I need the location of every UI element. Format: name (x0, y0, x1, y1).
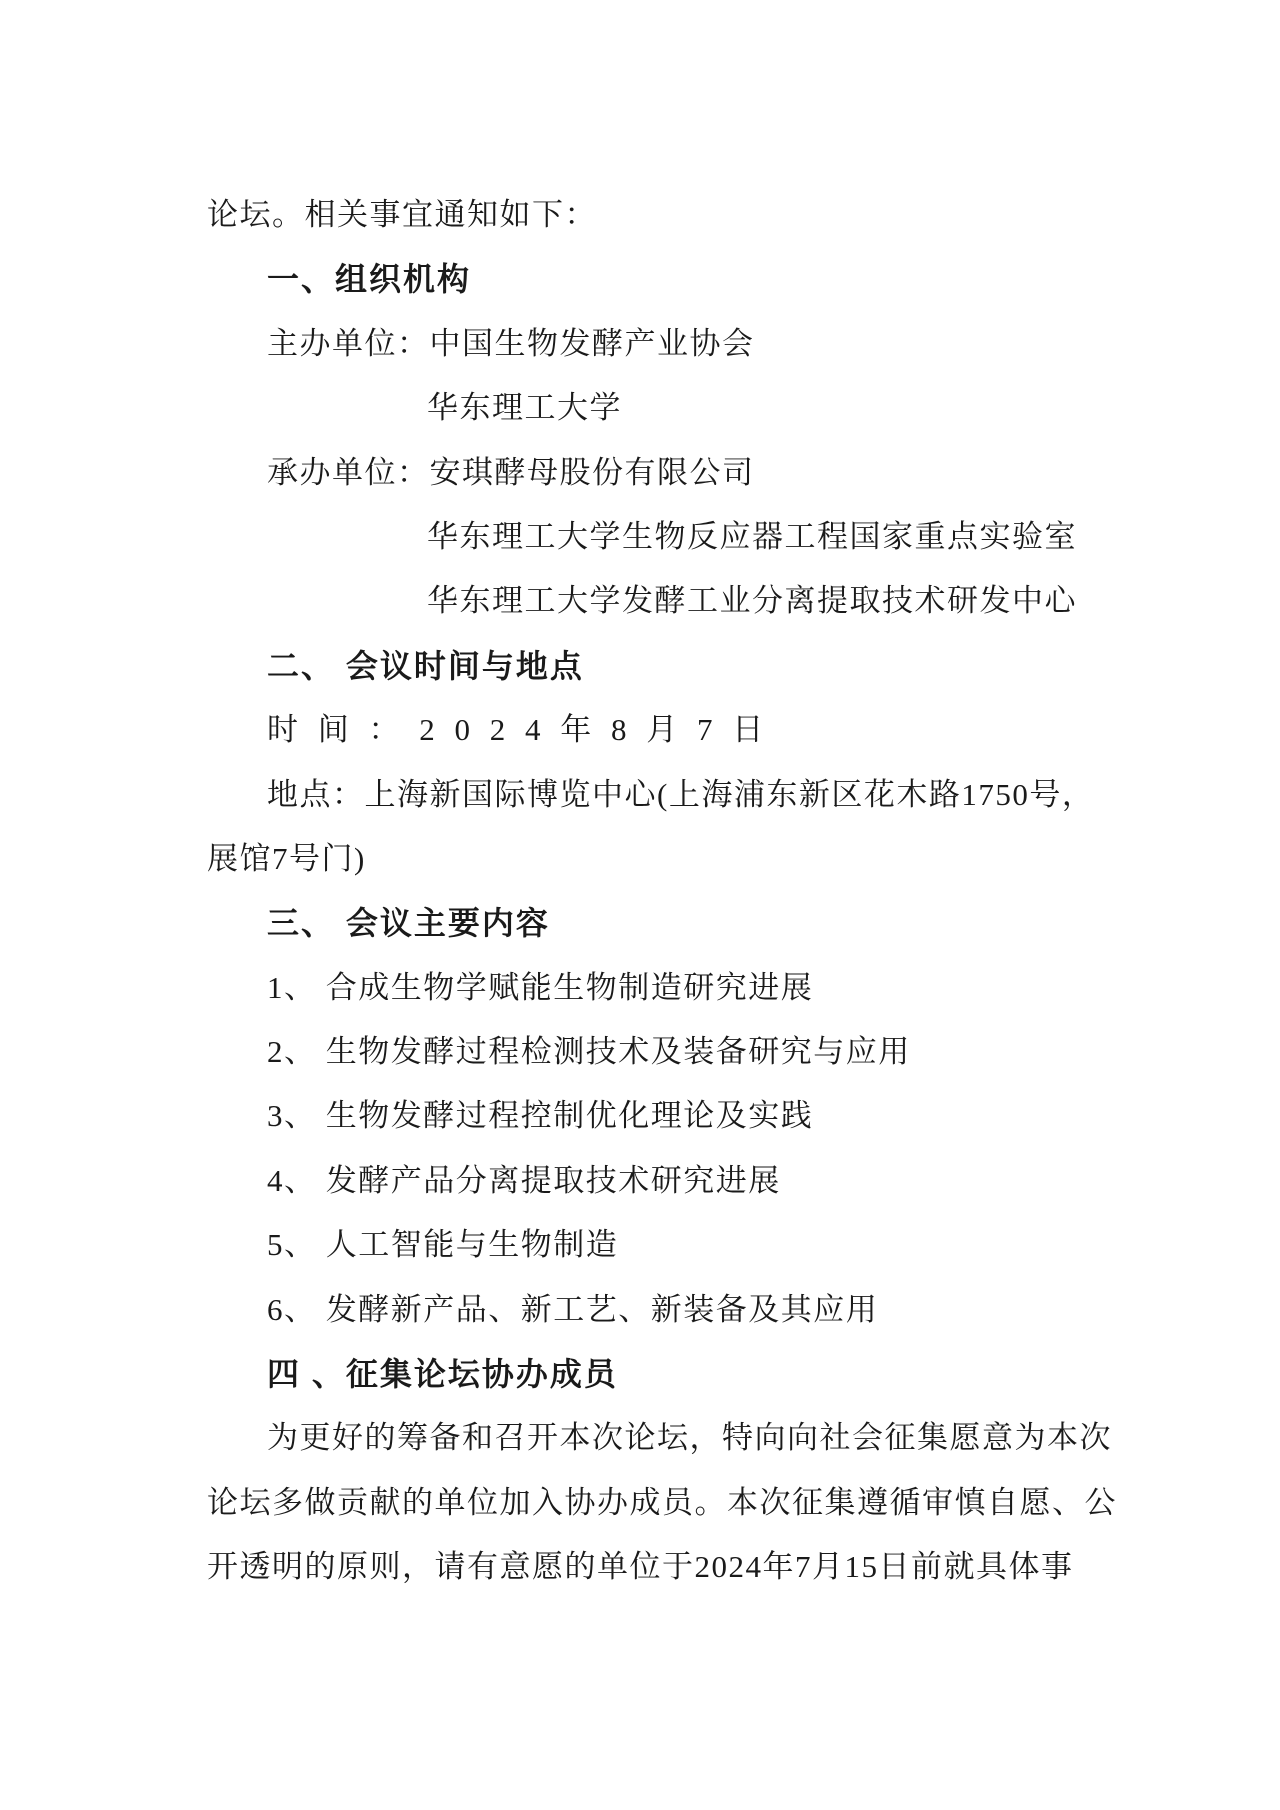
agenda-item-6: 6、 发酵新产品、新工艺、新装备及其应用 (207, 1278, 1107, 1342)
meeting-venue-line: 地点：上海新国际博览中心(上海浦东新区花木路1750号， (207, 763, 1107, 827)
agenda-item-3: 3、 生物发酵过程控制优化理论及实践 (207, 1084, 1107, 1148)
meeting-time-line: 时 间 ： 2 0 2 4 年 8 月 7 日 (207, 698, 1107, 762)
recruit-paragraph-line-2: 论坛多做贡献的单位加入协办成员。本次征集遵循审慎自愿、公 (207, 1471, 1107, 1535)
section-3-heading: 三、 会议主要内容 (207, 891, 1107, 955)
agenda-item-2: 2、 生物发酵过程检测技术及装备研究与应用 (207, 1020, 1107, 1084)
section-1-heading: 一、组织机构 (207, 247, 1107, 311)
agenda-item-1: 1、 合成生物学赋能生物制造研究进展 (207, 956, 1107, 1020)
recruit-paragraph-line-1: 为更好的筹备和召开本次论坛，特向向社会征集愿意为本次 (207, 1406, 1107, 1470)
notice-document-page: 论坛。相关事宜通知如下： 一、组织机构 主办单位：中国生物发酵产业协会 华东理工… (0, 0, 1280, 1810)
organizer-unit-line-3: 华东理工大学发酵工业分离提取技术研发中心 (207, 569, 1107, 633)
agenda-item-4: 4、 发酵产品分离提取技术研究进展 (207, 1149, 1107, 1213)
organizer-unit-line: 承办单位：安琪酵母股份有限公司 (207, 441, 1107, 505)
recruit-paragraph-line-3: 开透明的原则，请有意愿的单位于2024年7月15日前就具体事 (207, 1535, 1107, 1599)
host-unit-line: 主办单位：中国生物发酵产业协会 (207, 312, 1107, 376)
intro-continuation-line: 论坛。相关事宜通知如下： (207, 183, 1107, 247)
section-4-heading: 四 、征集论坛协办成员 (207, 1342, 1107, 1406)
host-unit-continuation-line: 华东理工大学 (207, 376, 1107, 440)
document-content: 论坛。相关事宜通知如下： 一、组织机构 主办单位：中国生物发酵产业协会 华东理工… (207, 183, 1107, 1600)
section-2-heading: 二、 会议时间与地点 (207, 634, 1107, 698)
agenda-item-5: 5、 人工智能与生物制造 (207, 1213, 1107, 1277)
organizer-unit-line-2: 华东理工大学生物反应器工程国家重点实验室 (207, 505, 1107, 569)
meeting-venue-continuation-line: 展馆7号门) (207, 827, 1107, 891)
